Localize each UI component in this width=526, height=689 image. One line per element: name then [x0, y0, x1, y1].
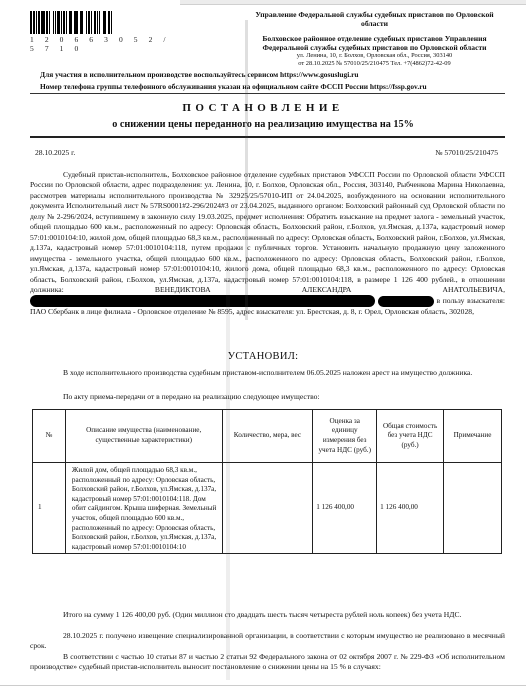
notice-paragraph: 28.10.2025 г. получено извещение специал…: [30, 631, 505, 652]
act-paragraph: По акту приема-передачи от в передано на…: [30, 392, 505, 402]
gosuslugi-notice: Для участия в исполнительном производств…: [40, 69, 520, 81]
cell-quantity: [222, 463, 313, 554]
document-number: № 57010/25/210475: [435, 148, 498, 157]
established-heading: УСТАНОВИЛ:: [0, 351, 526, 362]
cell-description: Жилой дом, общей площадью 68,3 кв.м., ра…: [65, 463, 222, 554]
col-header-quantity: Количество, мера, вес: [222, 410, 313, 463]
divider: [30, 136, 505, 138]
redacted-block: [378, 296, 434, 307]
col-header-unit-price: Оценка за единицу измерения без учета НД…: [313, 410, 377, 463]
document-date: 28.10.2025 г.: [35, 148, 75, 157]
total-paragraph: Итого на сумму 1 126 400,00 руб. (Один м…: [30, 610, 505, 620]
barcode-bar: [112, 11, 114, 34]
document-title: ПОСТАНОВЛЕНИЕ: [0, 102, 526, 114]
cell-unit-price: 1 126 400,00: [313, 463, 377, 554]
table-row: 1 Жилой дом, общей площадью 68,3 кв.м., …: [33, 463, 502, 554]
barcode: 1 2 0 6 6 3 0 5 2 / 5 7 1 0: [30, 11, 180, 53]
agency-ref-line: от 28.10.2025 № 57010/25/210475 Тел. +7(…: [232, 60, 517, 68]
col-header-number: №: [33, 410, 66, 463]
cell-total: 1 126 400,00: [377, 463, 444, 554]
service-notice: Для участия в исполнительном производств…: [40, 69, 520, 93]
cell-note: [444, 463, 502, 554]
agency-name-line2: области: [232, 19, 517, 28]
col-header-description: Описание имущества (наименование, сущест…: [65, 410, 222, 463]
agency-name-line1: Управление Федеральной службы судебных п…: [232, 10, 517, 19]
intro-paragraph: Судебный пристав-исполнитель, Болховское…: [30, 170, 505, 318]
scan-artifact: [245, 20, 248, 320]
phone-notice: Номер телефона группы телефонного обслуж…: [40, 81, 520, 93]
col-header-total: Общая стоимость без учета НДС (руб.): [377, 410, 444, 463]
cell-number: 1: [33, 463, 66, 554]
law-paragraph: В соответствии с частью 10 статьи 87 и ч…: [30, 652, 505, 673]
intro-text: Судебный пристав-исполнитель, Болховское…: [30, 170, 505, 294]
arrest-paragraph: В ходе исполнительного производства суде…: [30, 368, 505, 378]
col-header-note: Примечание: [444, 410, 502, 463]
redacted-block: [30, 295, 375, 307]
scanner-top-edge: [180, 0, 526, 5]
scan-artifact: [226, 240, 230, 680]
barcode-number: 1 2 0 6 6 3 0 5 2 / 5 7 1 0: [30, 35, 180, 53]
barcode-bars: [30, 11, 180, 34]
page-bottom-edge: [0, 685, 526, 686]
division-name-line2: Федеральной службы судебных приставов по…: [232, 43, 517, 52]
document-subtitle: о снижении цены переданного на реализаци…: [0, 119, 526, 130]
property-table: № Описание имущества (наименование, суще…: [32, 409, 502, 554]
divider: [30, 93, 505, 94]
division-name-line1: Болховское районное отделение судебных п…: [232, 34, 517, 43]
table-header-row: № Описание имущества (наименование, суще…: [33, 410, 502, 463]
agency-header: Управление Федеральной службы судебных п…: [232, 10, 517, 68]
agency-address: ул. Ленина, 10, г. Болхов, Орловская обл…: [232, 52, 517, 60]
